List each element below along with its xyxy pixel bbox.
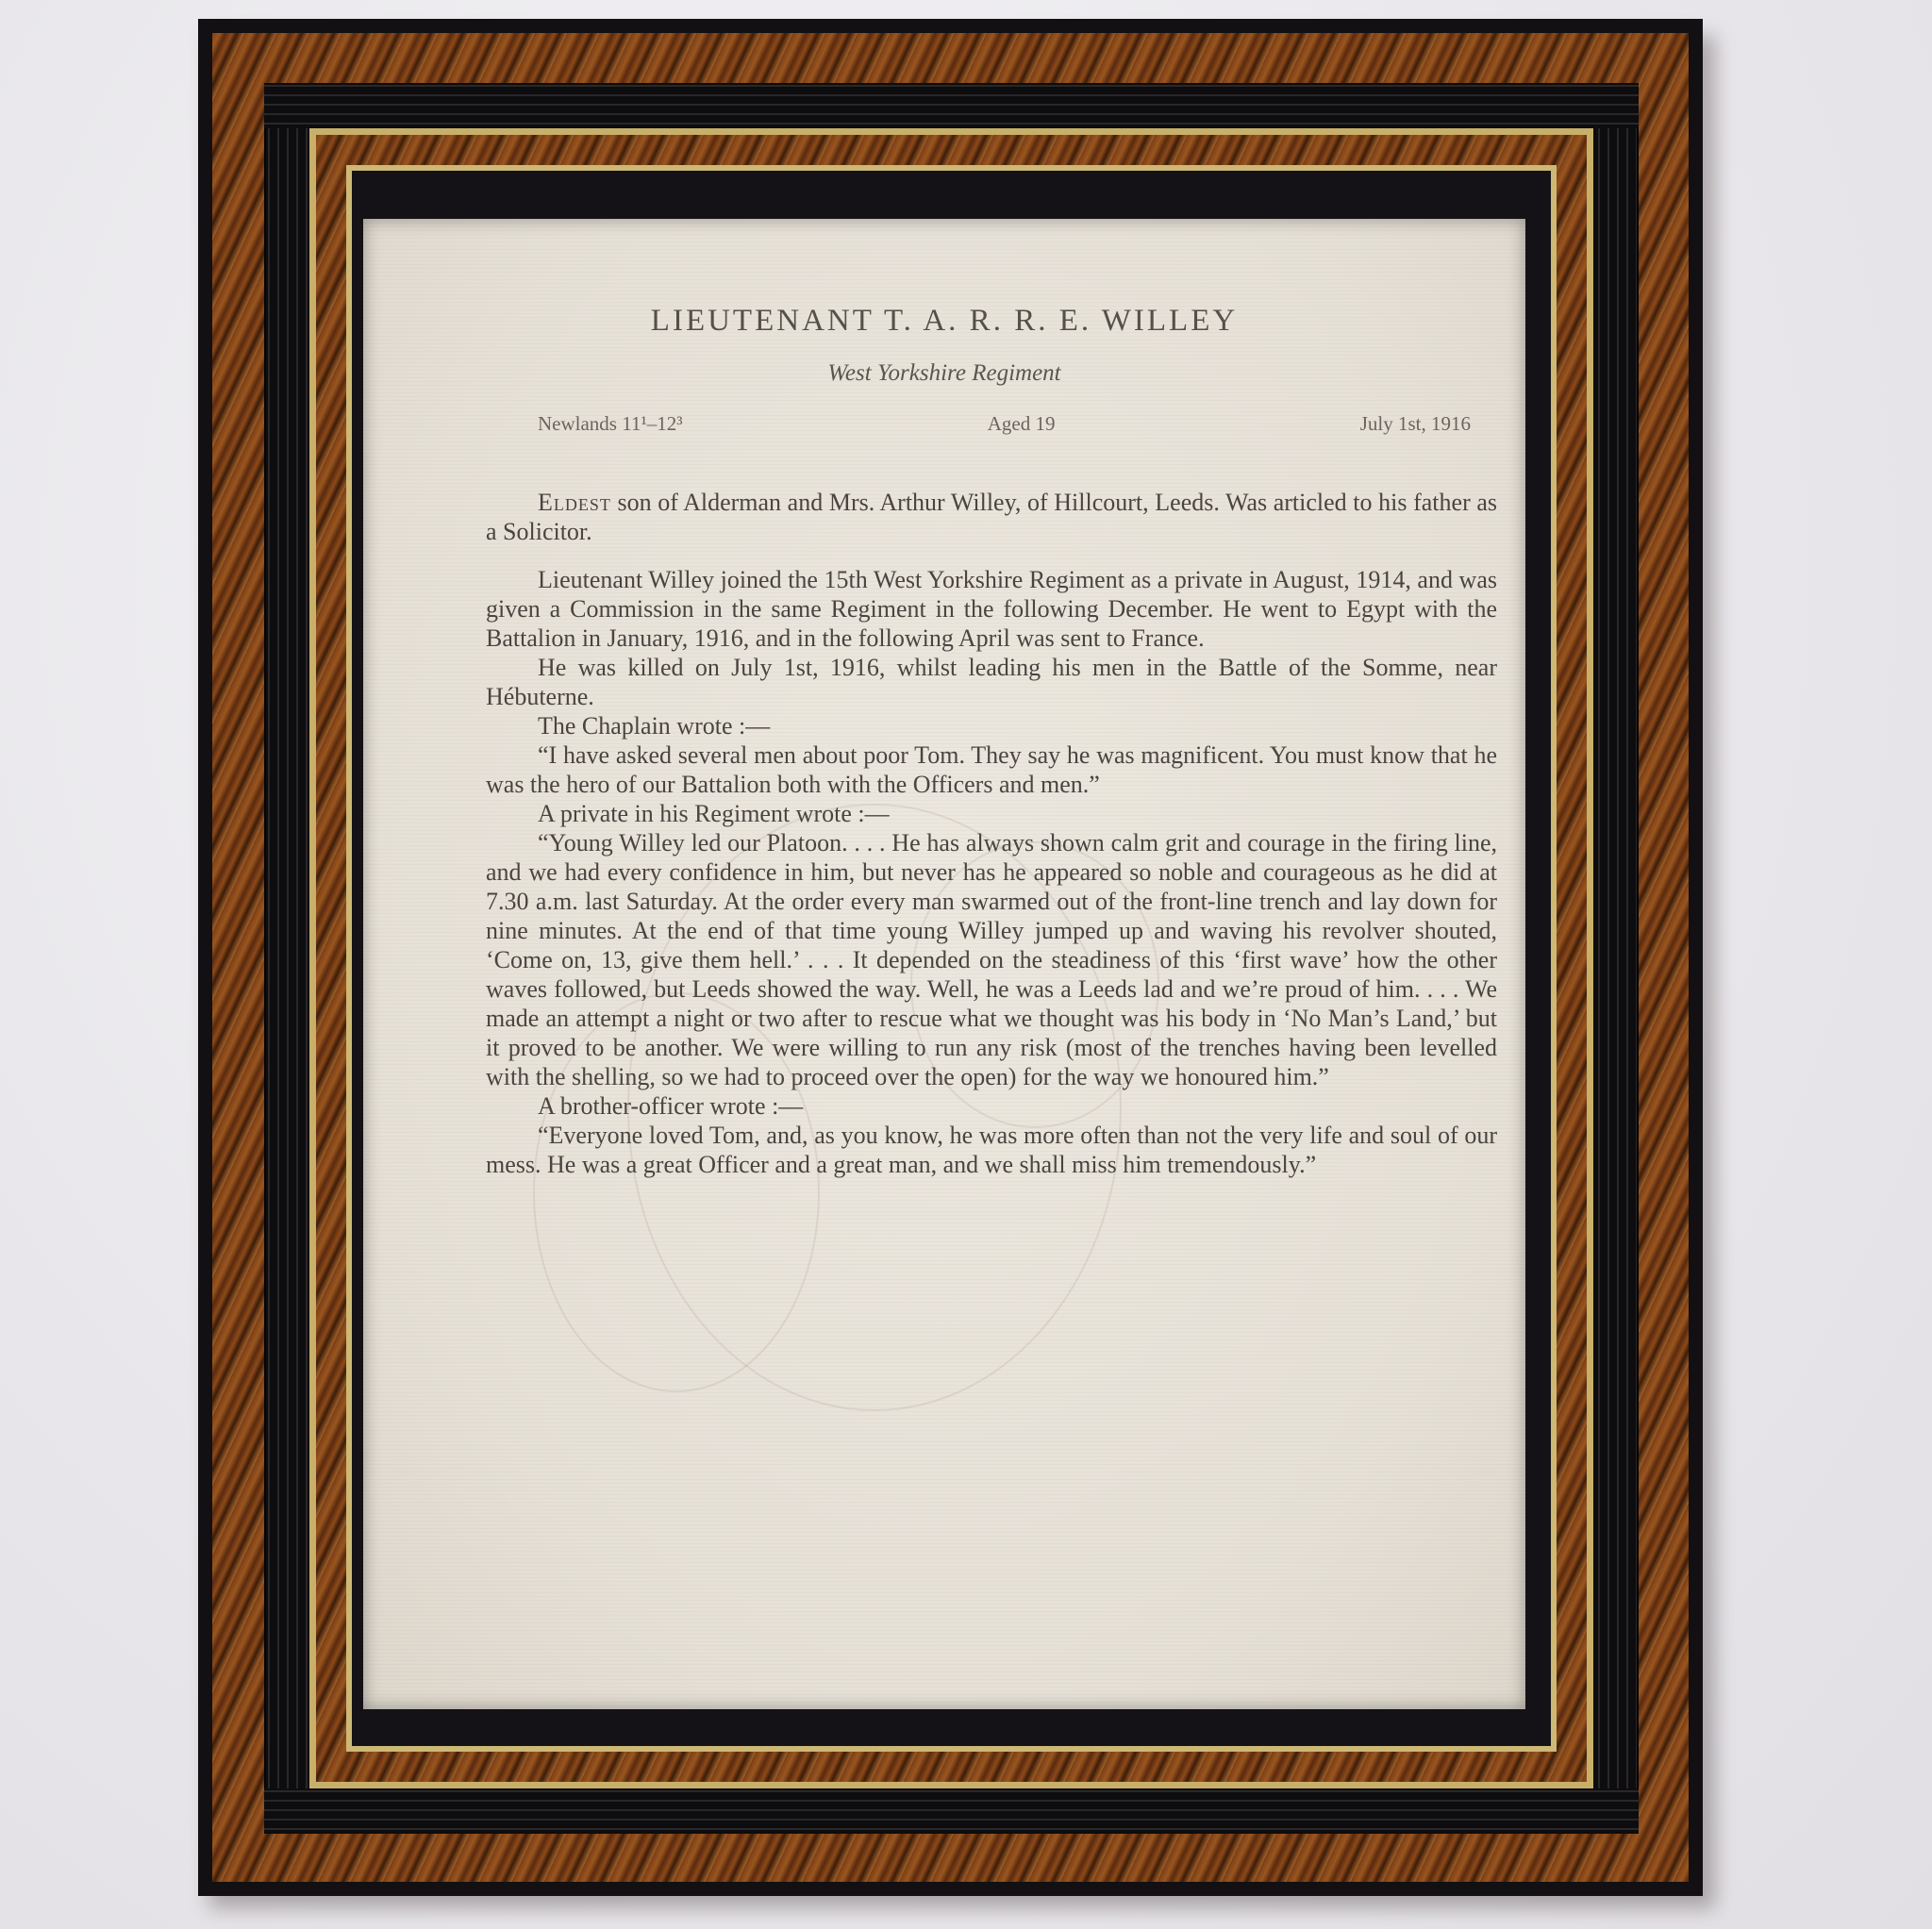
frame-reed-top [264,83,1639,128]
intro-paragraph: Eldest son of Alderman and Mrs. Arthur W… [486,488,1497,546]
school-house: Newlands 11¹–12³ [538,412,683,436]
regiment-subtitle: West Yorkshire Regiment [363,360,1525,387]
paragraph: A brother-officer wrote :— [486,1091,1497,1121]
intro-text: son of Alderman and Mrs. Arthur Willey, … [486,489,1497,545]
quote-paragraph: “Young Willey led our Platoon. . . . He … [486,828,1497,1091]
paragraph: A private in his Regiment wrote :— [486,799,1497,828]
paragraph: The Chaplain wrote :— [486,711,1497,740]
quote-paragraph: “Everyone loved Tom, and, as you know, h… [486,1121,1497,1179]
paragraph: Lieutenant Willey joined the 15th West Y… [486,565,1497,653]
body-text: Eldest son of Alderman and Mrs. Arthur W… [486,488,1497,1179]
meta-row: Newlands 11¹–12³ Aged 19 July 1st, 1916 [538,412,1471,436]
age: Aged 19 [988,412,1056,436]
intro-lead-word: Eldest [538,489,611,516]
page-title: LIEUTENANT T. A. R. R. E. WILLEY [363,304,1525,339]
quote-paragraph: “I have asked several men about poor Tom… [486,740,1497,799]
paragraph: He was killed on July 1st, 1916, whilst … [486,653,1497,711]
memorial-page: LIEUTENANT T. A. R. R. E. WILLEY West Yo… [363,219,1525,1709]
frame-reed-bottom [264,1788,1639,1834]
date-of-death: July 1st, 1916 [1360,412,1471,436]
